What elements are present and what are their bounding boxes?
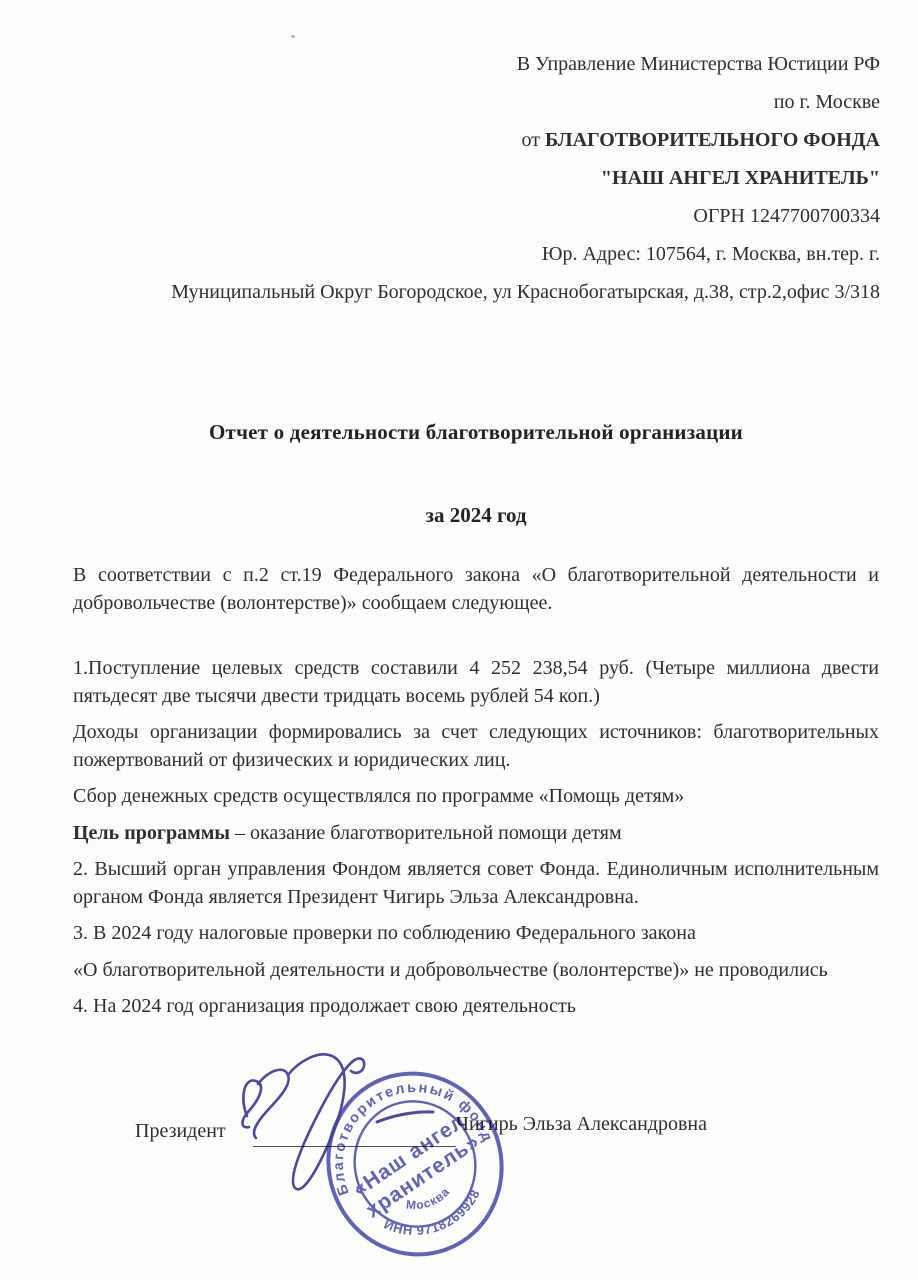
paragraph-continuation: 4. На 2024 год организация продолжает св… — [73, 993, 879, 1021]
stamp-inner-ring — [337, 1084, 493, 1243]
address-line: Юр. Адрес: 107564, г. Москва, вн.тер. г. — [40, 235, 880, 273]
signature-line — [253, 1131, 456, 1147]
paragraph-income-sources: Доходы организации формировались за счет… — [73, 719, 879, 774]
stamp-center-line1: «Наш ангел — [349, 1109, 470, 1201]
stamp-city-arc-text: Москва — [401, 1182, 455, 1218]
signature-stroke — [288, 1054, 352, 1189]
stamp-inn-arc-text: ИНН 9718269928 — [378, 1183, 491, 1252]
paragraph-program: Сбор денежных средств осуществлялся по п… — [73, 783, 879, 811]
stamp-outer-ring — [303, 1049, 527, 1279]
paragraph-tax-checks-cont: «О благотворительной деятельности и добр… — [73, 957, 879, 985]
round-stamp: Благотворительный фонд ИНН 9718269928 Мо… — [303, 1049, 527, 1279]
header-line: В Управление Министерства Юстиции РФ — [40, 45, 880, 83]
ogrn-line: ОГРН 1247700700334 — [40, 197, 880, 235]
signer-name: Чигирь Эльза Александровна — [456, 1113, 707, 1136]
document-period: за 2024 год — [73, 503, 879, 528]
signature-stroke — [242, 1080, 261, 1127]
signature-stroke — [351, 1059, 364, 1073]
fund-name-line: "НАШ АНГЕЛ ХРАНИТЕЛЬ" — [40, 159, 880, 197]
header-line: по г. Москве — [40, 83, 880, 121]
paragraph-goal: Цель программы – оказание благотворитель… — [73, 820, 879, 848]
paragraph-tax-checks: 3. В 2024 году налоговые проверки по соб… — [73, 920, 879, 948]
scan-speck — [291, 35, 295, 38]
signature-autograph — [242, 1054, 433, 1189]
paragraph-intro: В соответствии с п.2 ст.19 Федерального … — [73, 562, 879, 617]
document-title: Отчет о деятельности благотворительной о… — [73, 420, 879, 445]
signature-stroke — [254, 1070, 289, 1138]
header-line: от БЛАГОТВОРИТЕЛЬНОГО ФОНДА — [40, 121, 880, 159]
scanned-document: В Управление Министерства Юстиции РФ по … — [0, 0, 918, 1280]
document-body: В соответствии с п.2 ст.19 Федерального … — [73, 562, 879, 1030]
signer-role: Президент — [135, 1120, 226, 1143]
paragraph-receipts: 1.Поступление целевых средств составили … — [73, 655, 879, 710]
signature-dash — [377, 1112, 433, 1122]
address-line: Муниципальный Округ Богородское, ул Крас… — [40, 273, 880, 311]
paragraph-governance: 2. Высший орган управления Фондом являет… — [73, 856, 879, 911]
recipient-block: В Управление Министерства Юстиции РФ по … — [40, 45, 880, 311]
